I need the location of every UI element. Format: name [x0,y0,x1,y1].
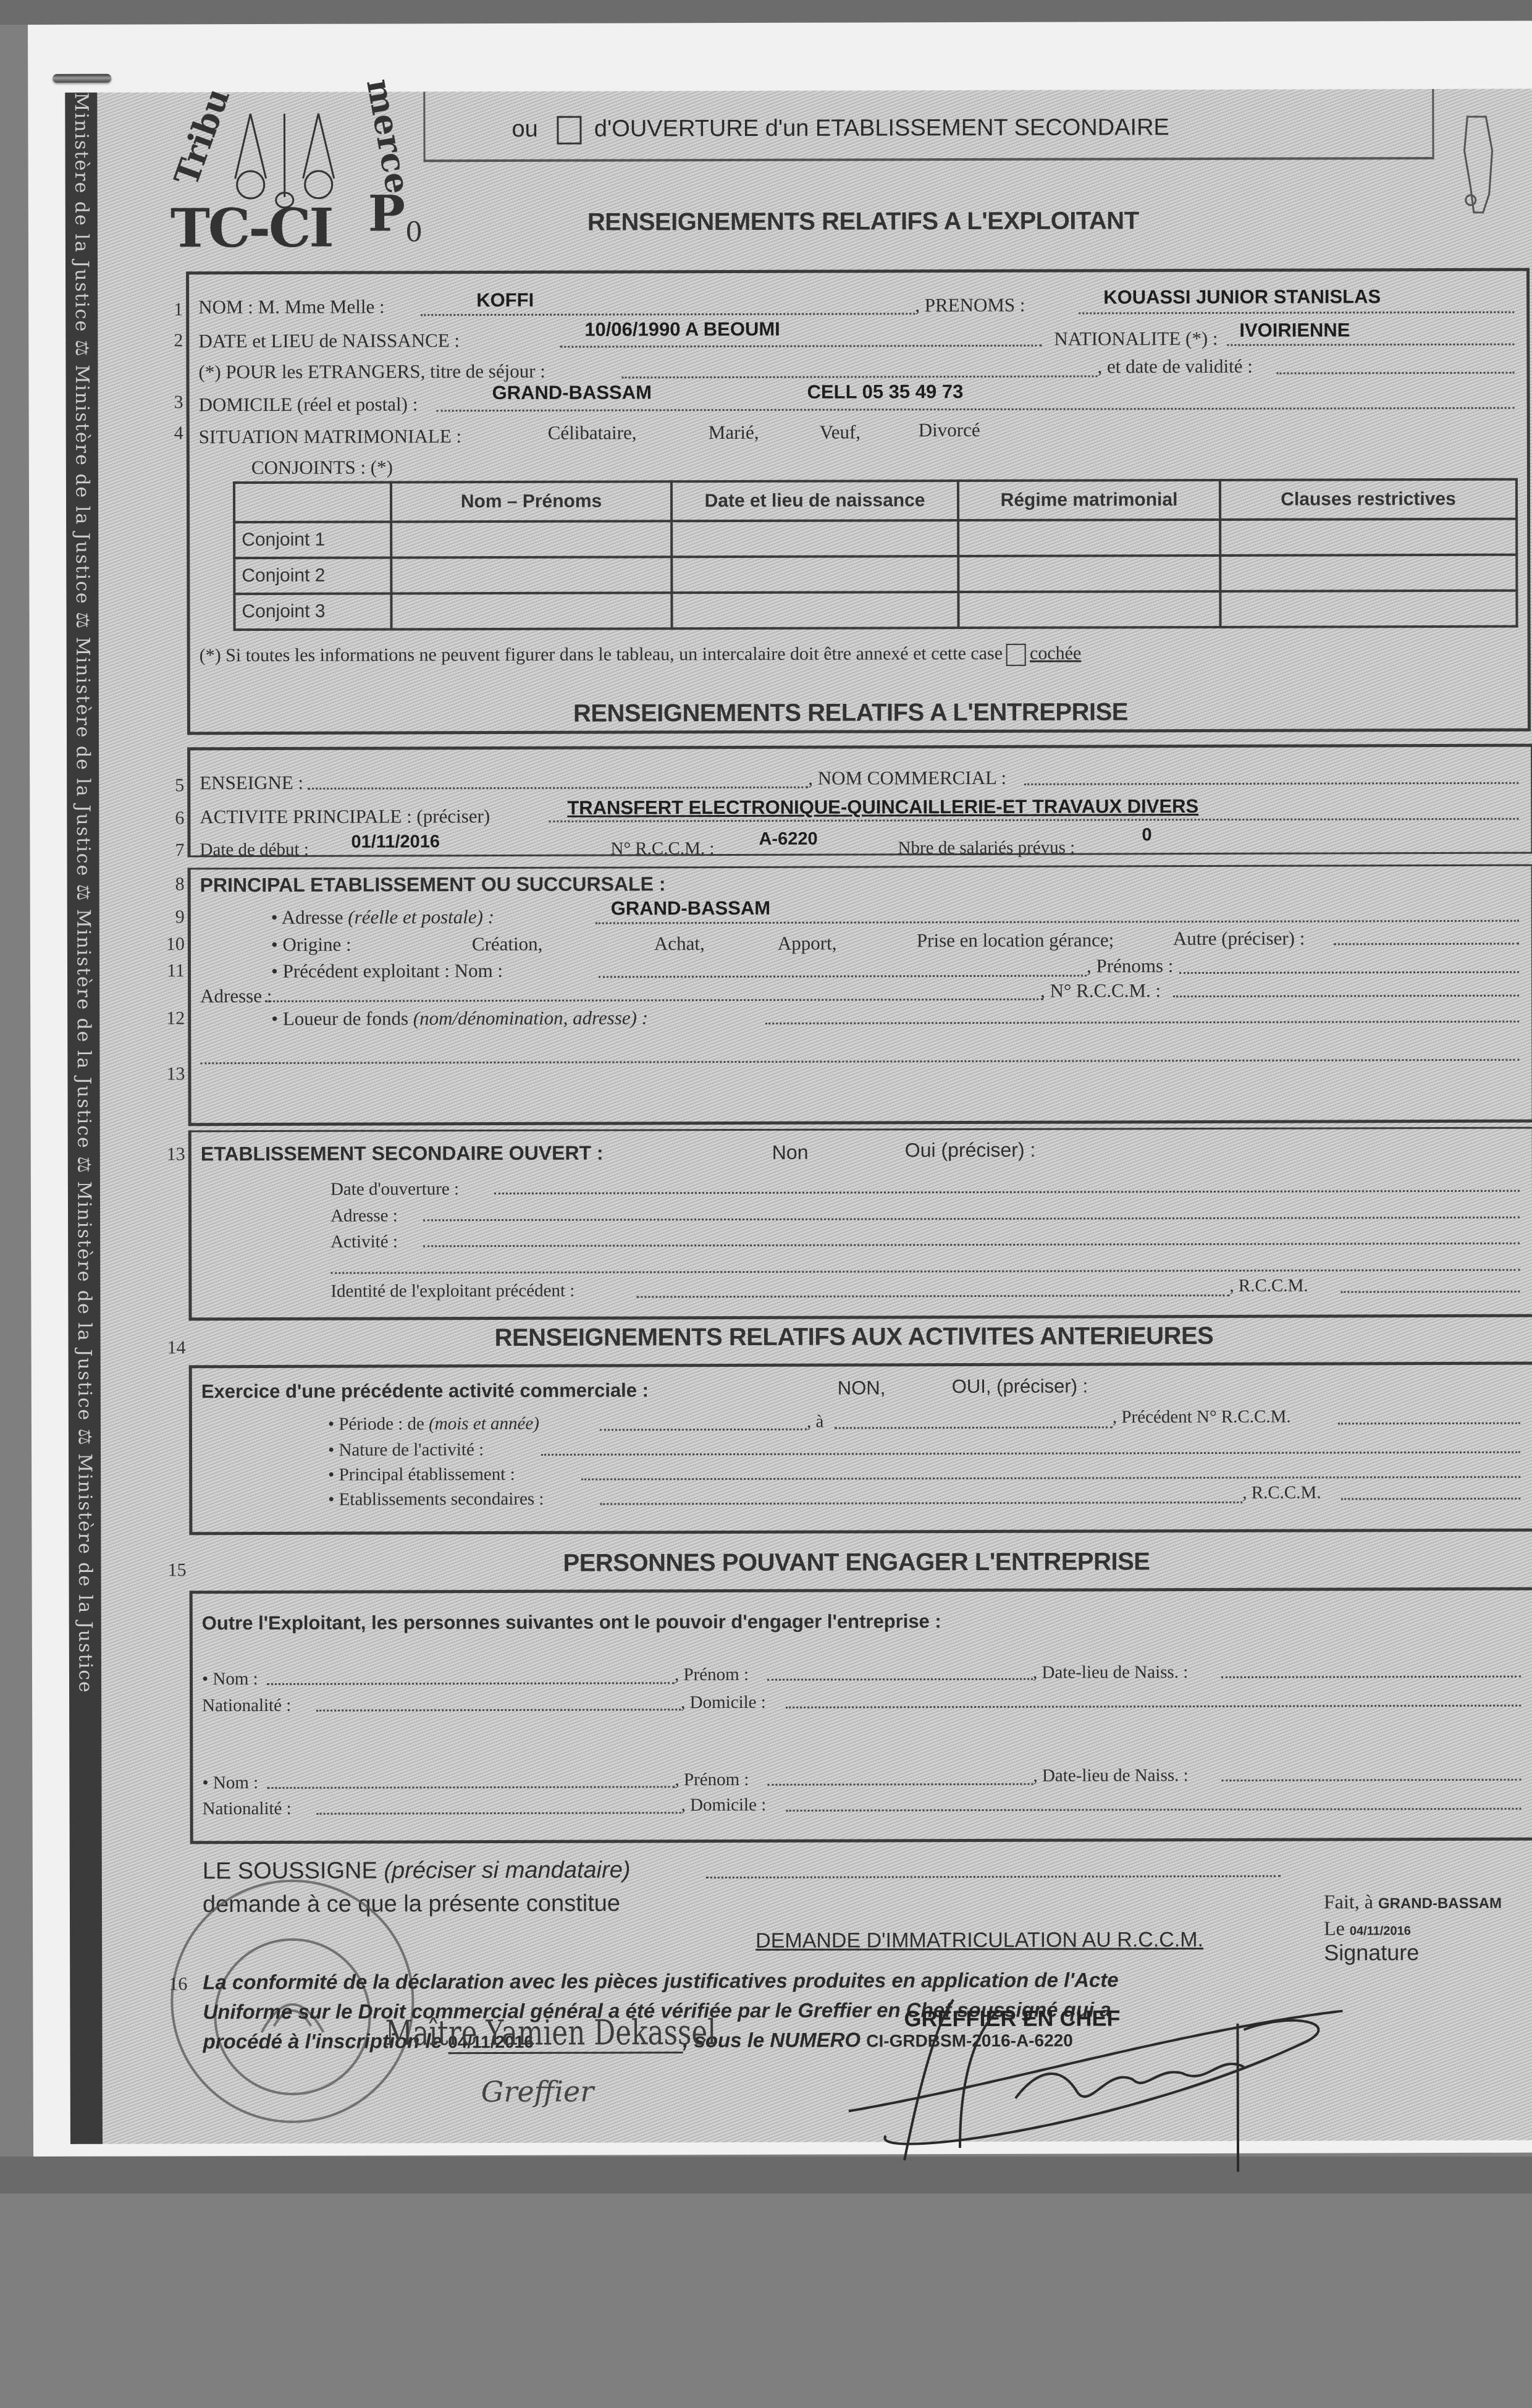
table-row: Conjoint 3 [234,591,1517,630]
salaries-value: 0 [1142,825,1151,845]
date-debut-value: 01/11/2016 [351,832,440,852]
person2-naiss-label: , Date-lieu de Naiss. : [1033,1765,1188,1786]
precedent-exploitant-label: • Précédent exploitant : Nom : [271,960,503,982]
origine-achat[interactable]: Achat, [654,932,705,955]
rccm-label: N° R.C.C.M. : [610,839,714,859]
personnes-intro: Outre l'Exploitant, les personnes suivan… [202,1610,941,1634]
adresse-value: GRAND-BASSAM [611,897,770,920]
nature-label: • Nature de l'activité : [328,1440,484,1461]
person1-domicile-label: , Domicile : [681,1692,766,1713]
exercice-label: Exercice d'une précédente activité comme… [201,1379,649,1403]
loueur-label: • Loueur de fonds (nom/dénomination, adr… [271,1007,648,1030]
table-cell[interactable] [671,592,958,628]
exercice-oui-text: OUI, (préciser) : [952,1375,1088,1398]
identite-label: Identité de l'exploitant précédent : [330,1281,574,1302]
secondaire-non[interactable]: Non [772,1141,809,1164]
periode-a-label: , à [807,1412,823,1432]
person2-prenom-label: , Prénom : [675,1770,749,1790]
domicile-phone: CELL 05 35 49 73 [807,381,964,403]
loueur-hint: (nom/dénomination, adresse) : [413,1007,648,1029]
naissance-value: 10/06/1990 A BEOUMI [584,318,780,341]
naissance-label: DATE et LIEU de NAISSANCE : [198,329,460,352]
table-header: Date et lieu de naissance [671,481,958,521]
table-row: Conjoint 2 [234,555,1517,594]
nationalite-label: NATIONALITE (*) : [1054,327,1218,350]
header-option-label: d'OUVERTURE d'un ETABLISSEMENT SECONDAIR… [594,114,1169,142]
table-cell[interactable] [1220,591,1517,627]
situation-celibataire[interactable]: Célibataire, [548,421,637,444]
domicile-value: GRAND-BASSAM [492,381,652,404]
activite-label: ACTIVITE PRINCIPALE : (préciser) [200,805,490,828]
line-number: 14 [161,1337,186,1358]
loueur-label-text: • Loueur de fonds [271,1007,408,1029]
signature-label: Signature [1324,1940,1419,1966]
enseigne-label: ENSEIGNE : [200,772,303,794]
line-number: 9 [160,906,185,927]
periode-label: • Période : de (mois et année) [328,1414,539,1435]
table-cell[interactable] [671,520,958,557]
rccm-value: A-6220 [759,829,817,850]
precedent-prenoms-label: , Prénoms : [1087,955,1173,977]
line-number: 3 [159,392,183,413]
form-letter: P [368,184,405,242]
origine-location-gerance[interactable]: Prise en location gérance; [917,929,1114,952]
logo-form-id: P0 [368,184,423,248]
salaries-field[interactable] [1117,852,1519,855]
ministry-border-text: Ministère de la Justice ⚖ Ministère de l… [70,93,98,2144]
table-cell[interactable] [391,521,671,557]
header-option-prefix: ou [511,116,537,142]
principal-etab-label: • Principal établissement : [328,1464,515,1485]
identite-rccm-label: , R.C.C.M. [1229,1276,1308,1296]
logo-code: TC-CI [170,197,332,260]
precedent-rccm-label: , N° R.C.C.M. : [1040,979,1161,1002]
line-number: 11 [160,960,185,981]
line-number: 1 [158,299,183,320]
row-label: Conjoint 2 [234,557,391,594]
person2-nationalite-label: Nationalité : [203,1799,292,1819]
demande-title: DEMANDE D'IMMATRICULATION AU R.C.C.M. [755,1928,1203,1953]
line-number: 2 [158,330,183,351]
footnote-tail: cochée [1030,643,1081,664]
form-subscript: 0 [405,216,423,248]
exercice-oui[interactable]: OUI, (préciser) : [952,1375,1088,1398]
line-number: 6 [159,808,184,829]
footnote-text: (*) Si toutes les informations ne peuven… [200,643,1003,665]
origine-apport[interactable]: Apport, [778,932,837,955]
table-header: Nom – Prénoms [391,481,671,522]
justice-statue-icon [1449,114,1504,225]
le-value: 04/11/2016 [1350,1924,1411,1938]
table-cell[interactable] [391,557,671,593]
situation-label: SITUATION MATRIMONIALE : [199,425,461,448]
table-header-row: Nom – Prénoms Date et lieu de naissance … [234,479,1517,522]
validite-label: , et date de validité : [1097,355,1252,378]
line-number: 10 [160,934,185,955]
nom-commercial-label: , NOM COMMERCIAL : [808,767,1006,790]
opening-checkbox[interactable] [557,116,581,145]
table-cell[interactable] [671,556,958,593]
activite-value: TRANSFERT ELECTRONIQUE-QUINCAILLERIE-ET … [567,795,1198,819]
sec-activite-label: Activité : [330,1231,398,1252]
date-debut-label: Date de début : [200,840,308,860]
prenoms-value: KOUASSI JUNIOR STANISLAS [1103,285,1381,308]
nationalite-value: IVOIRIENNE [1239,319,1350,341]
fait-line: Fait, à GRAND-BASSAM [1324,1890,1502,1914]
salaries-label: Nbre de salariés prévus : [898,838,1075,859]
document-page: Ministère de la Justice ⚖ Ministère de l… [28,21,1532,2157]
section-title-exploitant: RENSEIGNEMENTS RELATIFS A L'EXPLOITANT [587,207,1139,236]
conjoints-table: Nom – Prénoms Date et lieu de naissance … [233,478,1518,631]
person1-prenom-label: , Prénom : [675,1665,749,1685]
line-number: 13 [161,1144,185,1165]
table-cell[interactable] [958,556,1220,592]
adresse-label-text: • Adresse [271,906,343,928]
section-title-entreprise: RENSEIGNEMENTS RELATIFS A L'ENTREPRISE [573,698,1128,727]
table-cell[interactable] [1220,519,1517,556]
secondaire-oui[interactable]: Oui (préciser) : [905,1139,1036,1162]
le-line: Le 04/11/2016 [1324,1917,1411,1940]
domicile-label: DOMICILE (réel et postal) : [199,393,418,416]
person2-nom-label: • Nom : [202,1773,258,1793]
soussigne-field[interactable] [706,1875,1281,1878]
line-number: 7 [159,840,184,861]
person1-nom-label: • Nom : [202,1669,258,1689]
sec-adresse-label: Adresse : [330,1206,398,1226]
periode-label-text: • Période : de [328,1414,424,1434]
origine-label: • Origine : [271,934,351,956]
fait-label: Fait, à [1324,1890,1373,1912]
principal-title: PRINCIPAL ETABLISSEMENT OU SUCCURSALE : [200,872,666,897]
table-row: Conjoint 1 [234,519,1517,558]
table-cell[interactable] [391,593,671,629]
secondaires-label: • Etablissements secondaires : [328,1489,544,1510]
etrangers-label: (*) POUR les ETRANGERS, titre de séjour … [198,360,545,383]
secondaire-title: ETABLISSEMENT SECONDAIRE OUVERT : [201,1142,604,1166]
periode-hint: (mois et année) [429,1414,539,1434]
greffier-title: Greffier [481,2075,594,2108]
registration-form: Ministère de la Justice ⚖ Ministère de l… [65,89,1532,2144]
handwritten-signature-icon [811,1974,1355,2173]
table-cell[interactable] [1220,555,1517,591]
table-header: Régime matrimonial [958,480,1220,520]
conjoints-footnote: (*) Si toutes les informations ne peuven… [200,643,1082,669]
table-header [234,482,391,522]
origine-autre[interactable]: Autre (préciser) : [1173,927,1305,950]
situation-veuf[interactable]: Veuf, [820,421,861,443]
adresse-hint: (réelle et postale) : [348,906,494,928]
line-number: 12 [160,1008,185,1029]
staple-icon [53,74,111,83]
intercalaire-checkbox[interactable] [1006,644,1026,666]
line-number: 5 [159,775,184,796]
nom-label: NOM : M. Mme Melle : [198,295,384,318]
row-label: Conjoint 1 [234,522,391,558]
fait-value: GRAND-BASSAM [1378,1895,1502,1912]
line-number: 16 [162,1974,187,1995]
situation-marie[interactable]: Marié, [709,421,759,444]
origine-creation[interactable]: Création, [472,933,543,955]
exercice-non[interactable]: NON, [838,1377,886,1399]
person1-nationalite-label: Nationalité : [202,1696,291,1716]
adresse-label: • Adresse (réelle et postale) : [271,906,494,929]
line-number: 13 [160,1063,185,1084]
person1-naiss-label: , Date-lieu de Naiss. : [1033,1662,1188,1683]
line-number: 4 [159,423,183,444]
scales-of-justice-icon [213,111,355,210]
header-option-box: ou d'OUVERTURE d'un ETABLISSEMENT SECOND… [423,89,1434,162]
logo-arc-right: merce [359,76,418,197]
conjoints-label: CONJOINTS : (*) [251,456,393,479]
person2-domicile-label: , Domicile : [681,1795,767,1815]
date-ouverture-label: Date d'ouverture : [330,1179,459,1200]
nom-value: KOFFI [476,289,534,311]
line-number: 8 [160,874,185,895]
table-cell[interactable] [958,520,1220,556]
ministry-border: Ministère de la Justice ⚖ Ministère de l… [65,93,103,2144]
precedent-adresse-label: Adresse : [200,985,272,1007]
le-label: Le [1324,1917,1345,1939]
table-cell[interactable] [958,591,1220,628]
prenoms-label: , PRENOMS : [915,294,1025,316]
date-debut-field[interactable] [339,855,611,857]
line-number: 15 [162,1560,187,1581]
rccm-field[interactable] [747,853,895,856]
section-title-personnes: PERSONNES POUVANT ENGAGER L'ENTREPRISE [563,1548,1150,1577]
situation-divorce[interactable]: Divorcé [919,419,980,441]
greffier-name: Maître Yamien Dekassel [385,2013,716,2053]
precedent-rccm-label: , Précédent N° R.C.C.M. [1113,1407,1291,1428]
header-option: ou d'OUVERTURE d'un ETABLISSEMENT SECOND… [511,114,1169,145]
row-label: Conjoint 3 [234,593,391,630]
section-title-anterieures: RENSEIGNEMENTS RELATIFS AUX ACTIVITES AN… [495,1322,1214,1352]
secondaires-rccm-label: , R.C.C.M. [1242,1483,1321,1503]
table-header: Clauses restrictives [1220,479,1517,520]
